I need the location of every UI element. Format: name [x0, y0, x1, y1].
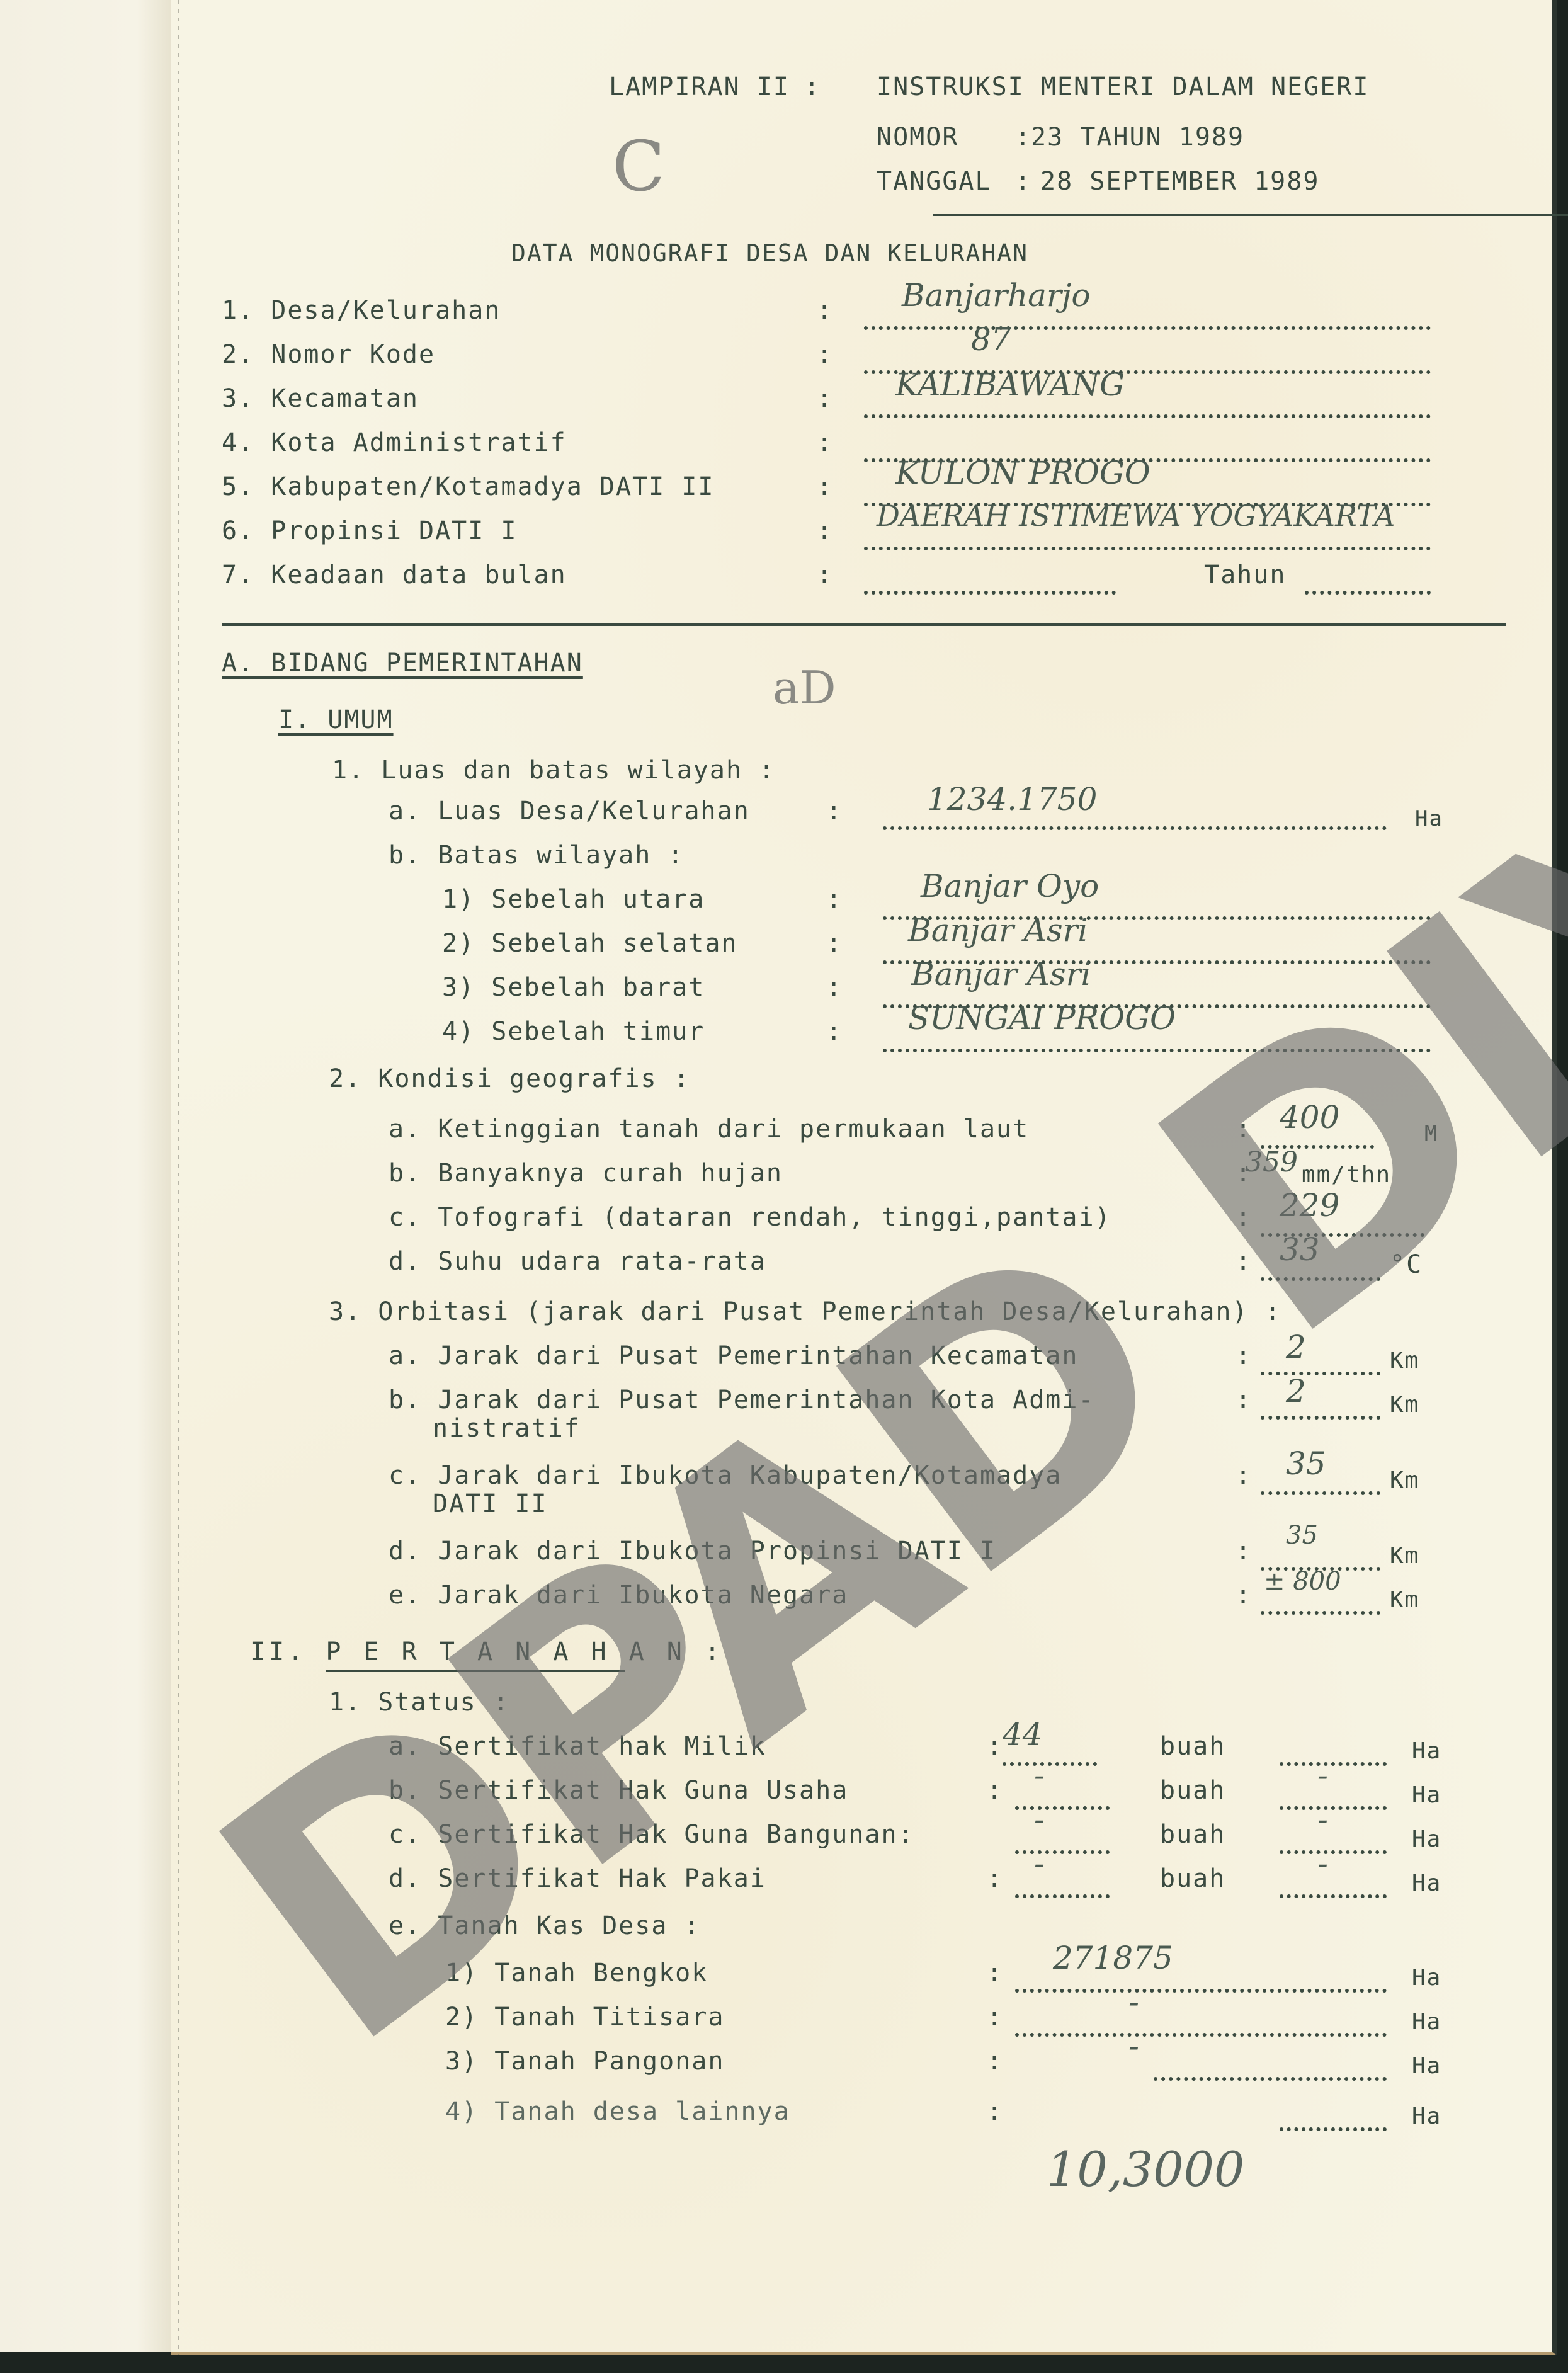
nomor-label: NOMOR	[877, 123, 958, 152]
colon: :	[826, 973, 843, 1002]
identity-value: KALIBAWANG	[895, 367, 1125, 403]
colon: :	[1236, 1537, 1252, 1566]
identity-label: 3. Kecamatan	[222, 384, 419, 413]
colon: :	[817, 516, 833, 545]
sertifikat-buah-value: -	[1034, 1845, 1045, 1882]
fill-line	[1280, 1806, 1387, 1810]
buah-unit: buah	[1160, 1732, 1225, 1761]
geografis-label: 2. Kondisi geografis :	[329, 1064, 690, 1093]
orbitasi-value: 35	[1286, 1445, 1326, 1482]
sertifikat-ha-value: -	[1317, 1845, 1328, 1882]
fill-line	[1015, 1850, 1110, 1854]
sertifikat-buah-value: -	[1034, 1757, 1045, 1794]
kas-desa-value: 271875	[1053, 1940, 1173, 1976]
identity-label: 6. Propinsi DATI I	[222, 516, 517, 545]
ha-unit: Ha	[1412, 2103, 1441, 2129]
ha-unit: Ha	[1412, 1826, 1441, 1852]
fill-line	[1305, 591, 1431, 595]
ha-unit: Ha	[1412, 1782, 1441, 1808]
identity-label: 4. Kota Administratif	[222, 428, 567, 457]
ha-unit: Ha	[1412, 2053, 1441, 2079]
orbitasi-unit: Km	[1390, 1587, 1419, 1613]
ha-unit: Ha	[1412, 1738, 1441, 1764]
buah-unit: buah	[1160, 1864, 1225, 1893]
colon: :	[817, 561, 833, 589]
identity-label: 5. Kabupaten/Kotamadya DATI II	[222, 472, 714, 501]
geografis-label: a. Ketinggian tanah dari permukaan laut	[389, 1115, 1029, 1144]
identity-label: 7. Keadaan data bulan	[222, 561, 567, 589]
section-divider	[222, 623, 1506, 626]
colon: :	[1236, 1581, 1252, 1610]
batas-label: 4) Sebelah timur	[442, 1017, 705, 1046]
margin-line	[178, 0, 179, 2355]
identity-label: 2. Nomor Kode	[222, 340, 435, 369]
colon: :	[987, 1776, 1003, 1805]
colon: :	[1015, 167, 1031, 196]
colon: :	[804, 72, 821, 101]
batas-value: SUNGAI PROGO	[908, 1000, 1176, 1037]
colon: :	[987, 1959, 1003, 1988]
colon: :	[817, 428, 833, 457]
fill-line	[864, 591, 1116, 595]
sertifikat-ha-value: -	[1317, 1757, 1328, 1794]
identity-value: DAERAH ISTIMEWA YOGYAKARTA	[877, 499, 1395, 533]
colon: :	[987, 1864, 1003, 1893]
fill-line	[1280, 2127, 1387, 2131]
binding-spine	[0, 0, 171, 2352]
fill-line	[883, 826, 1387, 830]
fill-line	[864, 414, 1431, 418]
ha-unit: Ha	[1412, 2009, 1441, 2035]
batas-label: 2) Sebelah selatan	[442, 929, 737, 958]
margin-mark: C	[612, 126, 665, 207]
kas-desa-value: -	[1128, 2028, 1139, 2064]
orbitasi-value: ± 800	[1264, 1567, 1341, 1596]
colon: :	[987, 2097, 1003, 2126]
orbitasi-unit: Km	[1390, 1392, 1419, 1418]
fill-line	[1261, 1611, 1380, 1615]
batas-label: 1) Sebelah utara	[442, 885, 705, 914]
lampiran-label: LAMPIRAN II	[609, 72, 790, 101]
fill-line	[1280, 1762, 1387, 1766]
colon: :	[826, 885, 843, 914]
batas-label: b. Batas wilayah :	[389, 841, 684, 870]
geografis-label: d. Suhu udara rata-rata	[389, 1247, 766, 1276]
orbitasi-unit: Km	[1390, 1467, 1419, 1493]
nomor-value: 23 TAHUN 1989	[1031, 123, 1244, 152]
colon: :	[817, 340, 833, 369]
colon: :	[1015, 123, 1031, 152]
lampiran-value: INSTRUKSI MENTERI DALAM NEGERI	[877, 72, 1369, 101]
orbitasi-value: 35	[1286, 1521, 1318, 1550]
colon: :	[987, 1732, 1003, 1761]
fill-line	[1280, 1894, 1387, 1898]
colon: :	[987, 2047, 1003, 2076]
orbitasi-label-cont: nistratif	[433, 1414, 581, 1443]
identity-value: Banjarharjo	[902, 277, 1091, 314]
identity-label: 1. Desa/Kelurahan	[222, 296, 501, 325]
sertifikat-buah-value: -	[1034, 1801, 1045, 1838]
fill-line	[1154, 2077, 1387, 2081]
colon: :	[826, 797, 843, 826]
kas-desa-value: -	[1128, 1984, 1139, 2020]
fill-line	[1015, 1989, 1387, 1993]
fill-line	[1015, 2033, 1387, 2037]
batas-value: Banjar Asri	[911, 956, 1091, 993]
document-title: DATA MONOGRAFI DESA DAN KELURAHAN	[511, 239, 1028, 267]
fill-line	[1280, 1850, 1387, 1854]
colon: :	[817, 384, 833, 413]
sertifikat-ha-value: -	[1317, 1801, 1328, 1838]
batas-label: 3) Sebelah barat	[442, 973, 705, 1002]
luas-value: 1234.1750	[927, 781, 1097, 817]
handwritten-total: 10,3000	[1047, 2141, 1244, 2197]
colon: :	[817, 472, 833, 501]
identity-value: 87	[971, 321, 1011, 358]
geografis-label: b. Banyaknya curah hujan	[389, 1159, 783, 1188]
tanggal-label: TANGGAL	[877, 167, 992, 196]
orbitasi-unit: Km	[1390, 1543, 1419, 1569]
fill-line	[1003, 1762, 1097, 1766]
ha-unit: Ha	[1412, 1965, 1441, 1991]
colon: :	[826, 929, 843, 958]
pencil-annotation: aD	[773, 661, 836, 714]
sertifikat-buah-value: 44	[1003, 1716, 1043, 1753]
colon: :	[987, 2003, 1003, 2032]
colon: :	[826, 1017, 843, 1046]
batas-value: Banjar Oyo	[921, 868, 1099, 904]
fill-line	[1015, 1806, 1110, 1810]
buah-unit: buah	[1160, 1820, 1225, 1849]
colon: :	[817, 296, 833, 325]
section-a-heading: A. BIDANG PEMERINTAHAN	[222, 649, 583, 678]
batas-value: Banjar Asri	[908, 912, 1088, 948]
kas-desa-item-label: 4) Tanah desa lainnya	[445, 2097, 790, 2126]
fill-line	[864, 547, 1431, 550]
tahun-label: Tahun	[1204, 561, 1286, 589]
fill-line	[864, 326, 1431, 330]
umum-heading: I. UMUM	[278, 705, 394, 734]
luas-batas-label: 1. Luas dan batas wilayah :	[332, 756, 775, 785]
buah-unit: buah	[1160, 1776, 1225, 1805]
luas-label: a. Luas Desa/Kelurahan	[389, 797, 750, 826]
identity-value: KULON PROGO	[895, 455, 1150, 491]
ha-unit: Ha	[1412, 1870, 1441, 1896]
fill-line	[1015, 1894, 1110, 1898]
tanggal-value: 28 SEPTEMBER 1989	[1040, 167, 1319, 196]
header-rule	[933, 214, 1568, 216]
fill-line	[1261, 1491, 1380, 1495]
